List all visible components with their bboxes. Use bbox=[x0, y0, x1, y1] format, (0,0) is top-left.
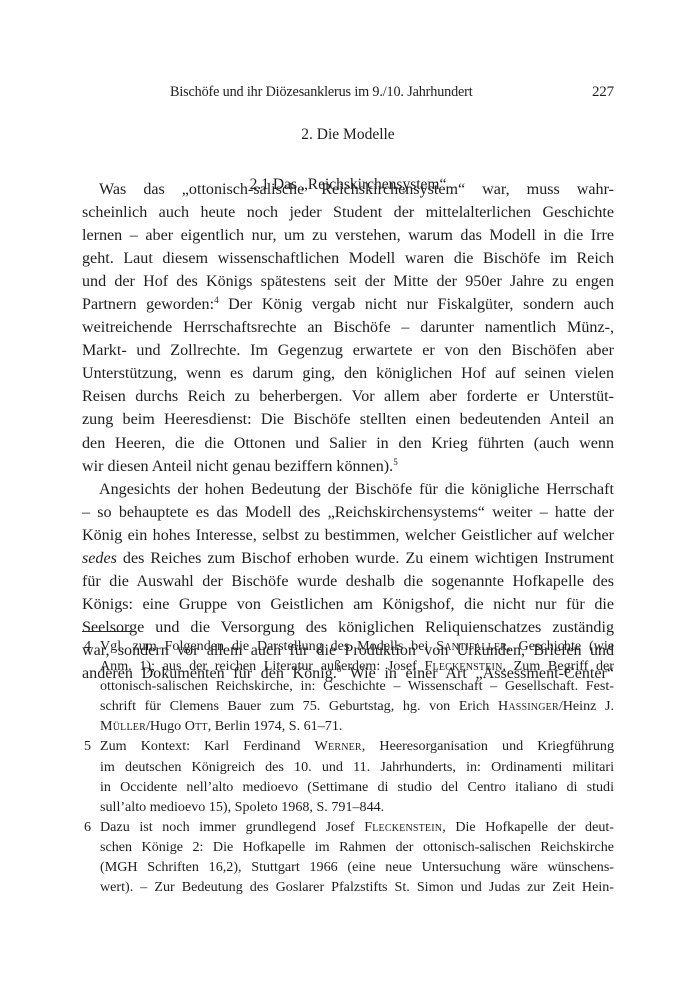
footnote-6: 6 Dazu ist noch immer grundlegend Josef … bbox=[82, 817, 614, 897]
italic-term: sedes bbox=[82, 550, 117, 567]
text-line: – so behauptete es das Modell des „Reich… bbox=[82, 501, 614, 524]
footnote-line: (MGH Schriften 16,2), Stuttgart 1966 (ei… bbox=[100, 857, 614, 877]
text-line: Reisen durchs Reich zu beherbergen. Vor … bbox=[82, 385, 614, 408]
text-line: den Heeren, die die Ottonen und Salier i… bbox=[82, 432, 614, 455]
text-line: lernen – aber eigentlich nur, um zu vers… bbox=[82, 224, 614, 247]
footnote-line: schrift für Clemens Bauer zum 75. Geburt… bbox=[100, 696, 614, 716]
running-head: Bischöfe und ihr Diözesanklerus im 9./10… bbox=[82, 84, 614, 104]
author-name: Hassinger bbox=[498, 698, 559, 714]
text-line: Unterstützung, wenn es darum ging, den k… bbox=[82, 362, 614, 385]
footnote-line: Dazu ist noch immer grundlegend Josef Fl… bbox=[100, 817, 614, 837]
text-segment: Der König vergab nicht nur Fiskalgüter, … bbox=[219, 296, 614, 313]
footnote-4: 4 Vgl. zum Folgenden die Darstellung des… bbox=[82, 636, 614, 736]
text-line: weitreichende Herrschaftsrechte an Bisch… bbox=[82, 316, 614, 339]
author-name: Ott bbox=[185, 718, 208, 734]
text-line: scheinlich auch heute noch jeder Student… bbox=[82, 201, 614, 224]
footnotes: 4 Vgl. zum Folgenden die Darstellung des… bbox=[82, 636, 614, 897]
text-segment: wir diesen Anteil nicht genau beziffern … bbox=[82, 458, 393, 475]
footnote-line: Vgl. zum Folgenden die Darstellung des M… bbox=[100, 636, 614, 656]
author-name: Müller bbox=[100, 718, 146, 734]
text-line: wir diesen Anteil nicht genau beziffern … bbox=[82, 455, 614, 478]
author-name: Fleckenstein bbox=[424, 658, 502, 674]
footnote-line: ottonisch-salischen Reichskirche, in: Ge… bbox=[100, 676, 614, 696]
footnote-ref-5[interactable]: 5 bbox=[393, 457, 398, 467]
text-line: geht. Laut diesem wissenschaftlichen Mod… bbox=[82, 247, 614, 270]
body-text: Was das „ottonisch-salische Reichskirche… bbox=[82, 178, 614, 685]
footnote-line: Zum Kontext: Karl Ferdinand Werner, Heer… bbox=[100, 736, 614, 756]
author-name: Santifaller bbox=[436, 638, 507, 654]
text-line: Markt- und Zollrechte. Im Gegenzug erwar… bbox=[82, 339, 614, 362]
footnote-line: im deutschen Königreich des 10. und 11. … bbox=[100, 757, 614, 777]
footnote-5: 5 Zum Kontext: Karl Ferdinand Werner, He… bbox=[82, 736, 614, 816]
footnote-line: schen Könige 2: Die Hofkapelle im Rahmen… bbox=[100, 837, 614, 857]
text-line: für die Auswahl der Bischöfe wurde desha… bbox=[82, 570, 614, 593]
running-head-title: Bischöfe und ihr Diözesanklerus im 9./10… bbox=[170, 84, 473, 101]
text-segment: des Reiches zum Bischof erhoben wurde. Z… bbox=[117, 550, 614, 567]
section-heading: 2. Die Modelle bbox=[82, 126, 614, 144]
text-line: Partnern geworden:4 Der König vergab nic… bbox=[82, 293, 614, 316]
text-line: zung beim Heeresdienst: Die Bischöfe ste… bbox=[82, 408, 614, 431]
footnote-line: wert). – Zur Bedeutung des Goslarer Pfal… bbox=[100, 877, 614, 897]
author-name: Fleckenstein bbox=[364, 819, 442, 835]
text-line: König ein hohes Interesse, selbst zu bes… bbox=[82, 524, 614, 547]
footnote-separator bbox=[82, 631, 132, 632]
author-name: Werner bbox=[315, 738, 362, 754]
footnote-line: sull’alto medioevo 15), Spoleto 1968, S.… bbox=[100, 797, 614, 817]
text-segment: Partnern geworden: bbox=[82, 296, 214, 313]
footnote-line: Anm. 1); aus der reichen Literatur außer… bbox=[100, 656, 614, 676]
text-line: Königs: eine Gruppe von Geistlichen am K… bbox=[82, 593, 614, 616]
text-line: sedes des Reiches zum Bischof erhoben wu… bbox=[82, 547, 614, 570]
text-line: Angesichts der hohen Bedeutung der Bisch… bbox=[82, 478, 614, 501]
text-line: und der Hof des Königs spätestens seit d… bbox=[82, 270, 614, 293]
footnote-number: 6 bbox=[84, 817, 91, 837]
footnote-line: Müller/Hugo Ott, Berlin 1974, S. 61–71. bbox=[100, 716, 614, 736]
footnote-number: 5 bbox=[84, 736, 91, 756]
page-number: 227 bbox=[592, 84, 614, 101]
footnote-number: 4 bbox=[84, 636, 91, 656]
text-line: Was das „ottonisch-salische Reichskirche… bbox=[82, 178, 614, 201]
footnote-line: in Occidente nell’alto medioevo (Settima… bbox=[100, 777, 614, 797]
paragraph-1: Was das „ottonisch-salische Reichskirche… bbox=[82, 178, 614, 478]
